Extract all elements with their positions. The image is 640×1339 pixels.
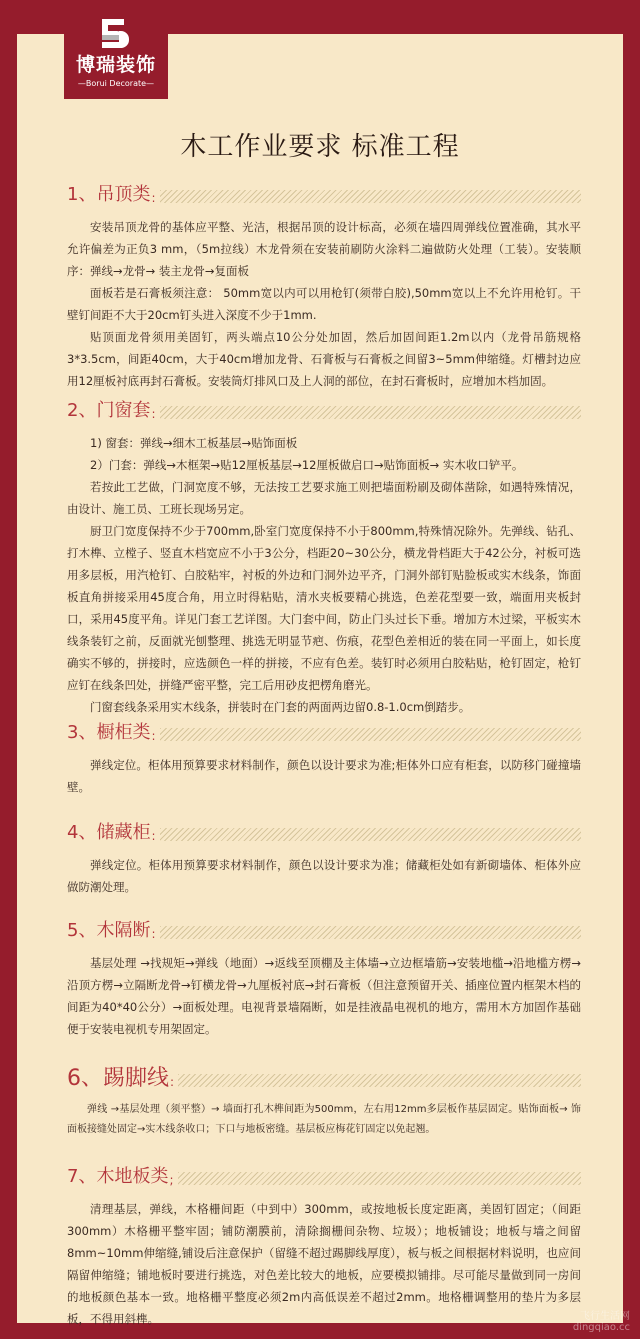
brand-name-cn: 博瑞装饰 bbox=[76, 54, 156, 76]
section-header: 6、踢脚线 : bbox=[67, 1066, 581, 1092]
section-body: 1) 窗套：弹线→细木工板基层→贴饰面板 2）门套：弹线→木框架→贴12厘板基层… bbox=[67, 432, 581, 718]
paragraph: 基层处理 →找规矩→弹线（地面）→返线至顶棚及主体墙→立边框墙筋→安装地槛→沿地… bbox=[67, 952, 581, 1040]
paragraph: 若按此工艺做，门洞宽度不够，无法按工艺要求施工则把墙面粉刷及砌体凿除，如遇特殊情… bbox=[67, 476, 581, 520]
heading-colon: ; bbox=[169, 1173, 173, 1187]
paragraph: 弹线 →基层处理（须平整）→ 墙面打孔木榫间距为500mm，左右用12mm多层板… bbox=[67, 1100, 581, 1140]
paragraph: 弹线定位。柜体用预算要求材料制作，颜色以设计要求为准;柜体外口应有柜套，以防移门… bbox=[67, 754, 581, 798]
section-header: 7、木地板类 ; bbox=[67, 1164, 581, 1190]
section-storage-cabinet: 4、储藏柜 : 弹线定位。柜体用预算要求材料制作，颜色以设计要求为准；储藏柜处如… bbox=[67, 820, 581, 898]
section-body: 清理基层，弹线，木格栅间距（中到中）300mm，或按地板长度定距离，美固钉固定；… bbox=[67, 1198, 581, 1330]
hatch-divider bbox=[160, 828, 582, 841]
paragraph: 1) 窗套：弹线→细木工板基层→贴饰面板 bbox=[67, 432, 581, 454]
section-header: 4、储藏柜 : bbox=[67, 820, 581, 846]
paragraph: 弹线定位。柜体用预算要求材料制作，颜色以设计要求为准；储藏柜处如有新砌墙体、柜体… bbox=[67, 854, 581, 898]
paragraph: 门窗套线条采用实木线条，拼装时在门套的两面两边留0.8-1.0cm倒踏步。 bbox=[67, 696, 581, 718]
section-body: 弹线定位。柜体用预算要求材料制作，颜色以设计要求为准;柜体外口应有柜套，以防移门… bbox=[67, 754, 581, 798]
section-skirting: 6、踢脚线 : 弹线 →基层处理（须平整）→ 墙面打孔木榫间距为500mm，左右… bbox=[67, 1066, 581, 1140]
hatch-divider bbox=[160, 190, 582, 203]
heading-colon: : bbox=[151, 191, 155, 205]
section-heading: 6、踢脚线 bbox=[67, 1067, 169, 1091]
heading-colon: : bbox=[151, 927, 155, 941]
heading-colon: : bbox=[151, 729, 155, 743]
section-header: 5、木隔断 : bbox=[67, 918, 581, 944]
hatch-divider bbox=[160, 406, 582, 419]
section-heading: 7、木地板类 bbox=[67, 1165, 168, 1189]
heading-colon: : bbox=[151, 407, 155, 421]
section-cabinet: 3、橱柜类 : 弹线定位。柜体用预算要求材料制作，颜色以设计要求为准;柜体外口应… bbox=[67, 720, 581, 798]
paragraph: 面板若是石膏板须注意： 50mm宽以内可以用枪钉(须带白胶),50mm宽以上不允… bbox=[67, 282, 581, 326]
b-letter-logo-icon bbox=[101, 19, 132, 48]
section-body: 弹线 →基层处理（须平整）→ 墙面打孔木榫间距为500mm，左右用12mm多层板… bbox=[67, 1100, 581, 1140]
hatch-divider bbox=[178, 1074, 581, 1087]
watermark: 飞行生活网 dingqiao.cc bbox=[573, 1311, 630, 1333]
section-heading: 2、门窗套 bbox=[67, 399, 150, 423]
watermark-line2: dingqiao.cc bbox=[573, 1322, 630, 1333]
hatch-divider bbox=[160, 728, 582, 741]
hatch-divider bbox=[178, 1172, 582, 1185]
section-heading: 3、橱柜类 bbox=[67, 721, 150, 745]
hatch-divider bbox=[160, 926, 582, 939]
paragraph: 贴顶面龙骨须用美固钉，两头端点10公分处加固，然后加固间距1.2m以内（龙骨吊筋… bbox=[67, 326, 581, 392]
section-header: 3、橱柜类 : bbox=[67, 720, 581, 746]
section-door-window-casing: 2、门窗套 : 1) 窗套：弹线→细木工板基层→贴饰面板 2）门套：弹线→木框架… bbox=[67, 398, 581, 718]
heading-colon: : bbox=[170, 1075, 174, 1089]
section-body: 基层处理 →找规矩→弹线（地面）→返线至顶棚及主体墙→立边框墙筋→安装地槛→沿地… bbox=[67, 952, 581, 1040]
brand-name-en: —Borui Decorate— bbox=[78, 79, 154, 89]
watermark-line1: 飞行生活网 bbox=[573, 1311, 630, 1322]
heading-colon: : bbox=[151, 829, 155, 843]
paragraph: 2）门套：弹线→木框架→贴12厘板基层→12厘板做启口→贴饰面板→ 实木收口铲平… bbox=[67, 454, 581, 476]
section-body: 弹线定位。柜体用预算要求材料制作，颜色以设计要求为准；储藏柜处如有新砌墙体、柜体… bbox=[67, 854, 581, 898]
paragraph: 清理基层，弹线，木格栅间距（中到中）300mm，或按地板长度定距离，美固钉固定；… bbox=[67, 1198, 581, 1330]
section-heading: 1、吊顶类 bbox=[67, 183, 150, 207]
section-header: 1、吊顶类 : bbox=[67, 182, 581, 208]
section-wood-floor: 7、木地板类 ; 清理基层，弹线，木格栅间距（中到中）300mm，或按地板长度定… bbox=[67, 1164, 581, 1330]
section-heading: 5、木隔断 bbox=[67, 919, 150, 943]
paragraph: 安装吊顶龙骨的基体应平整、光洁，根据吊顶的设计标高，必须在墙四周弹线位置准确，其… bbox=[67, 216, 581, 282]
brand-logo: 博瑞装饰 —Borui Decorate— bbox=[64, 0, 168, 99]
paragraph: 厨卫门宽度保持不少于700mm,卧室门宽度保持不小于800mm,特殊情况除外。先… bbox=[67, 520, 581, 696]
section-ceiling: 1、吊顶类 : 安装吊顶龙骨的基体应平整、光洁，根据吊顶的设计标高，必须在墙四周… bbox=[67, 182, 581, 392]
page-title: 木工作业要求 标准工程 bbox=[0, 131, 640, 163]
section-wood-partition: 5、木隔断 : 基层处理 →找规矩→弹线（地面）→返线至顶棚及主体墙→立边框墙筋… bbox=[67, 918, 581, 1040]
section-body: 安装吊顶龙骨的基体应平整、光洁，根据吊顶的设计标高，必须在墙四周弹线位置准确，其… bbox=[67, 216, 581, 392]
section-header: 2、门窗套 : bbox=[67, 398, 581, 424]
section-heading: 4、储藏柜 bbox=[67, 821, 150, 845]
